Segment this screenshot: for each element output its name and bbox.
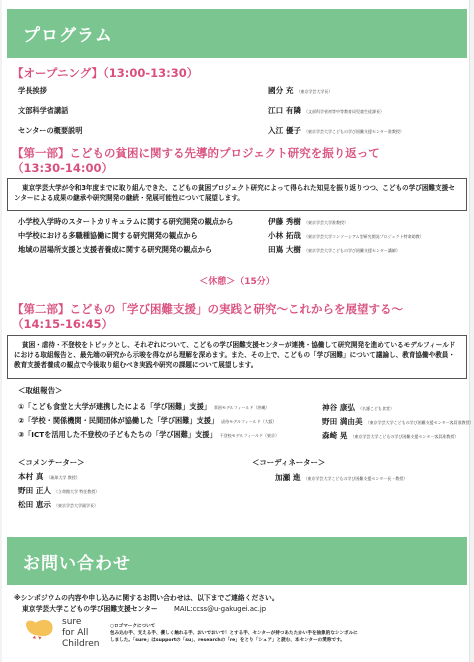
program-banner-title: プログラム (23, 21, 113, 46)
sure-logo-icon (20, 618, 58, 642)
coordinator: 加瀬 進（東京学芸大学こどもの学び困難支援センター長・教授） (275, 472, 407, 483)
part2-title-line2: （14:15-16:45） (12, 317, 113, 332)
logo-wordmark: sure for All Children (62, 617, 99, 650)
part1-description: 東京学芸大学が令和3年度までに取り組んできた、こどもの貧困プロジェクト研究によっ… (7, 178, 467, 211)
part1-item-label: 中学校における多職種協働に関する研究開発の観点から (18, 231, 198, 241)
report-item: ①「こども食堂と大学が連携したによる「学び困難」支援」貧困モデルフィールド（沖縄… (18, 402, 269, 412)
part2-description: 貧困・虐待・不登校をトピックとし、それぞれについて、こどもの学び困難支援センター… (7, 335, 467, 379)
report-speaker: 森崎 晃（東京学芸大学こどもの学び困難支援センター客員准教授） (322, 430, 458, 441)
opening-item-label: 学長挨拶 (18, 86, 47, 96)
contact-mail-link[interactable]: MAIL:ccss@u-gakugei.ac.jp (174, 605, 266, 613)
report-item: ②「学校・関係機関・民間団体が協働した「学び困難」支援」虐待モデルフィールド（大… (18, 416, 277, 426)
report-item: ③「ICTを活用した不登校の子どもたちの「学び困難」支援」不登校モデルフィールド… (18, 430, 279, 440)
coordinator-heading: ＜コーディネーター＞ (252, 457, 325, 468)
contact-note: ※シンポジウムの内容や申し込みに関するお問い合わせは、以下までご連絡ください。 (14, 592, 279, 602)
part1-title-line1: 【第一部】こどもの貧困に関する先導的プロジェクト研究を振り返って (12, 146, 380, 161)
contact-banner-title: お問い合わせ (23, 549, 131, 574)
part2-title-line1: 【第二部】こどもの「学び困難支援」の実践と研究〜これからを展望する〜 (12, 302, 403, 317)
part1-title-line2: （13:30-14:00） (12, 161, 113, 176)
part1-item-label: 小学校入学時のスタートカリキュラムに関する研究開発の観点から (18, 217, 233, 227)
contact-center: 東京学芸大学こどもの学び困難支援センター MAIL:ccss@u-gakugei… (22, 603, 266, 613)
report-speaker: 野田 満由美（東京学芸大学こどもの学び困難支援センター客員准教授） (322, 416, 473, 427)
commentator: 本村 真（琉球大学 教授） (18, 471, 80, 482)
contact-banner: お問い合わせ (7, 537, 467, 585)
commentators-heading: ＜コメンテーター＞ (18, 457, 85, 468)
opening-item-speaker: 入江 優子（東京学芸大学こどもの学び困難支援センター准教授） (268, 125, 404, 136)
break-label: ＜休憩＞（15分） (0, 274, 474, 287)
opening-item-speaker: 國分 充（東京学芸大学長） (268, 85, 332, 96)
part1-item-label: 地域の居場所支援と支援者養成に関する研究開発の観点から (18, 245, 212, 255)
reports-heading: ＜取組報告＞ (18, 385, 62, 396)
opening-item-label: センターの概要説明 (18, 126, 82, 136)
commentator: 松田 恵示（東京学芸大学副学長） (18, 499, 98, 510)
program-banner: プログラム (7, 9, 467, 58)
opening-item-speaker: 江口 有隣（文部科学省初等中等教育局児童生徒課長） (268, 105, 384, 116)
part1-item-speaker: 伊藤 秀樹（東京学芸大学准教授） (268, 216, 348, 227)
logo-note-line2: しました。「sure」はsupportの「su」、researchの「re」をと… (110, 637, 345, 643)
commentator: 野田 正人（立命館大学 特任教授） (18, 485, 99, 496)
logo-note-title: ○ロゴマークについて (110, 623, 155, 629)
report-speaker: 神谷 康弘（名護こども食堂） (322, 402, 394, 413)
part1-item-speaker: 小林 拓哉（東京学芸大学コンソーシアム型研究開発プロジェクト特命助教） (268, 230, 424, 241)
opening-item-label: 文部科学省講話 (18, 106, 68, 116)
opening-title: 【オープニング】（13:00-13:30） (12, 66, 198, 81)
logo-note-line1: 包み込む手、支える手、優しく触れる手、おいでおいで！とする手、センターが持つあた… (110, 630, 358, 636)
part1-item-speaker: 田嶌 大樹（東京学芸大学こどもの学び困難支援センター講師） (268, 244, 400, 255)
